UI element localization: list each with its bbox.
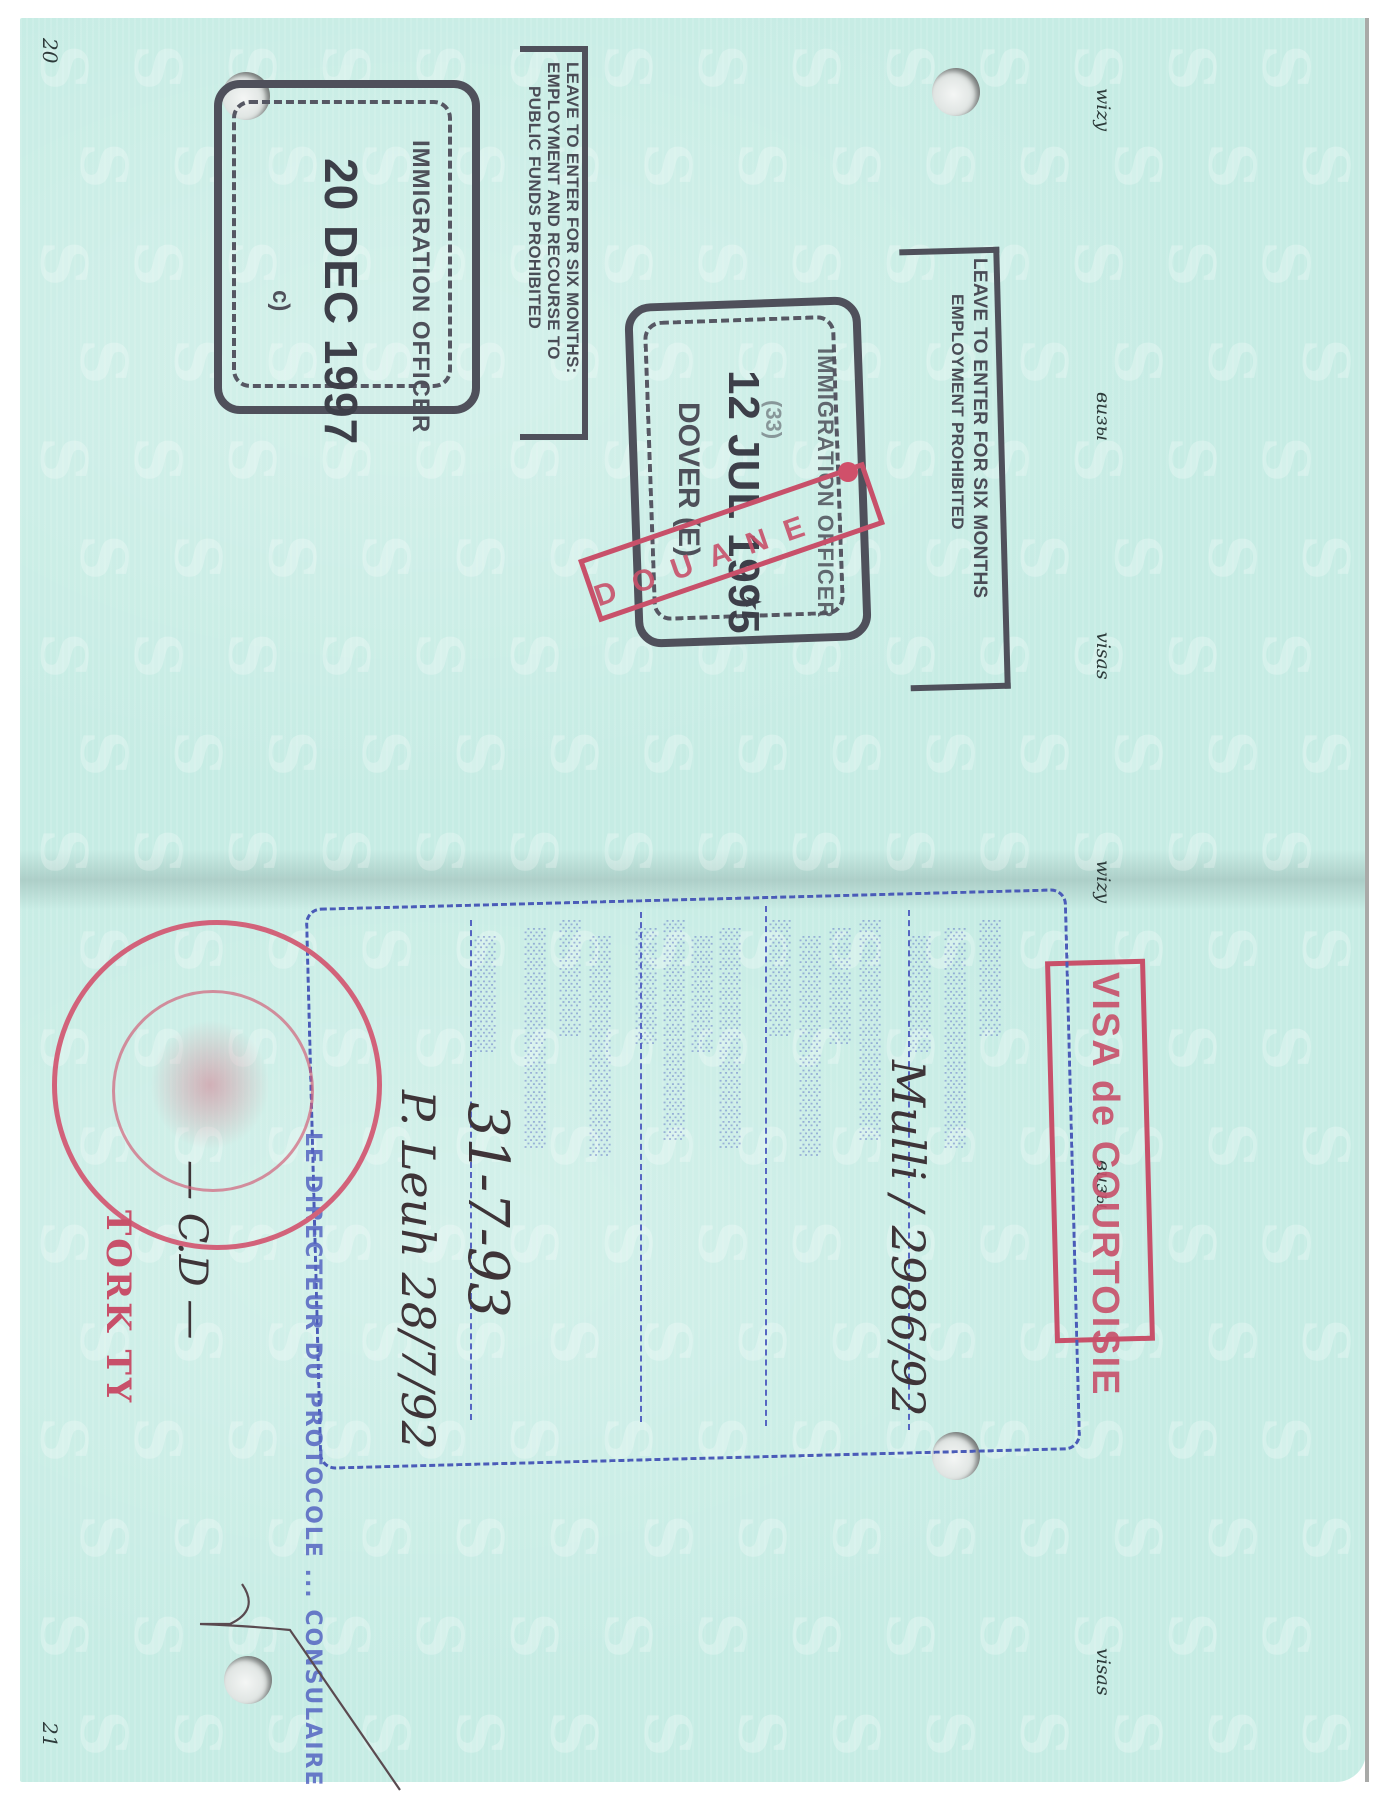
stamp-lao-visa-divider [765,906,767,1426]
stamp-douane-dot [838,462,858,482]
lao-script-line: ░░░░░░░░ [635,928,656,1047]
page-number-20: 20 [38,38,62,63]
stamp-1997-mark: c) [266,290,294,311]
stamp-tork-ty: TORK TY [98,1210,138,1405]
lao-script-line: ░░░░░░░░ [829,928,850,1047]
lao-script-line: ░░░░░░░░░░░░░░░ [589,936,610,1159]
page-number-21: 21 [38,1722,62,1747]
lao-script-line: ░░░░░░░░░░░░░░░ [663,920,684,1143]
lao-script-line: ░░░░░░░░ [769,920,790,1039]
visa-handwritten-number: Mulli / 2986/92 [881,1060,935,1417]
lao-script-line: ░░░░░░░░░░░░░░░ [944,928,965,1151]
header-label-wizy: wizy [1092,88,1114,131]
seal-emblem-icon [150,1020,270,1150]
lao-script-line: ░░░░░░░░░░░░░░░ [719,928,740,1151]
stamp-line: EMPLOYMENT PROHIBITED [946,258,968,599]
stamp-leave-to-enter-1997: LEAVE TO ENTER FOR SIX MONTHS: EMPLOYMEN… [525,62,582,374]
lao-script-line: ░░░░░░░░ [979,920,1000,1039]
header-label-visas: visas [1092,1648,1114,1696]
lao-script-line: ░░░░░░░░ [691,936,712,1055]
star-icon: ★ [740,592,766,612]
header-label-wizy: wizy [1092,860,1114,903]
stamp-visa-courtoisie: VISA de COURTOISIE [1083,972,1126,1397]
lao-script-line: ░░░░░░░░░░░░░░░ [524,928,545,1151]
stamp-line: LEAVE TO ENTER FOR SIX MONTHS: [563,62,582,374]
visa-handwritten-valid-until: 31-7-93 [455,1102,520,1318]
stamp-leave-to-enter-1995: LEAVE TO ENTER FOR SIX MONTHS EMPLOYMENT… [946,258,990,599]
punch-hole [932,68,980,116]
stamp-1997-date: 20 DEC 1997 [314,158,368,445]
header-label-visas: visas [1092,632,1114,680]
lao-script-line: ░░░░░░░░░░░░░░░ [799,936,820,1159]
stamp-line: PUBLIC FUNDS PROHIBITED [525,62,544,374]
stamp-line: LEAVE TO ENTER FOR SIX MONTHS [968,258,990,599]
lao-script-line: ░░░░░░░░ [559,920,580,1039]
lao-script-line: ░░░░░░░░ [474,936,495,1055]
signature-flourish [190,1560,410,1800]
stamp-1997-title: IMMIGRATION OFFICER [406,140,434,433]
visa-handwritten-issued: P. Leuh 28/7/92 [391,1090,445,1450]
lao-script-line: ░░░░░░░░░░░░░░░ [859,920,880,1143]
page-edge [1365,18,1369,1782]
stamp-line: EMPLOYMENT AND RECOURSE TO [544,62,563,374]
header-label-vizy-ru: визы [1092,392,1114,441]
lao-script-line: ░░░░░░░░ [909,936,930,1055]
